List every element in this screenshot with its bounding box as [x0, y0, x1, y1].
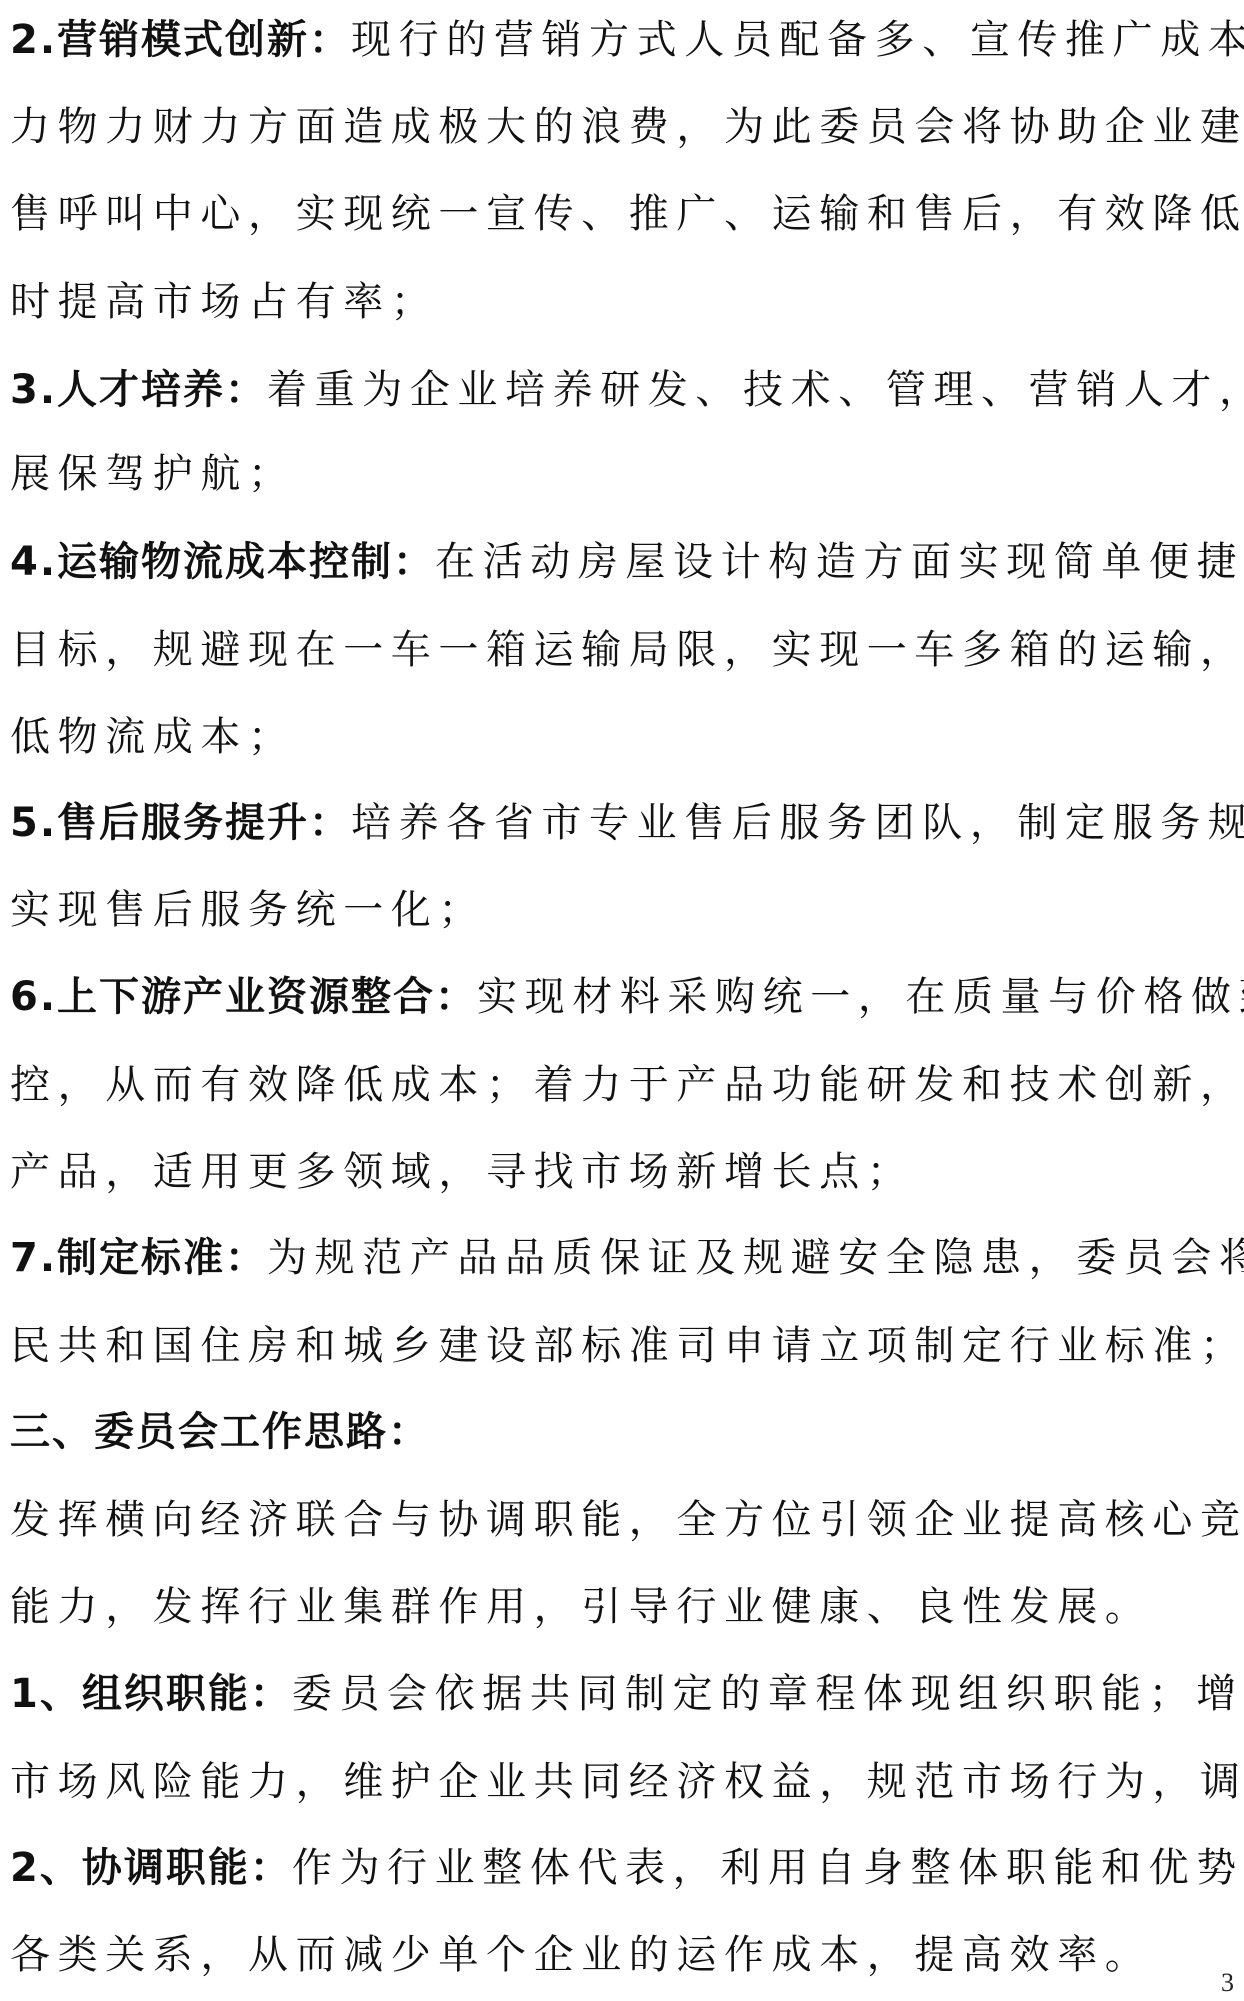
paragraph-line: 4.运输物流成本控制：在活动房屋设计构造方面实现简单便捷快速拼装 [10, 532, 1244, 592]
paragraph-text: 时提高市场占有率； [10, 279, 438, 325]
paragraph-text: 展保驾护航； [10, 451, 296, 497]
paragraph-text: 市场风险能力，维护企业共同经济权益，规范市场行为，调配市场资源。 [10, 1759, 1244, 1805]
paragraph-line: 产品，适用更多领域，寻找市场新增长点； [10, 1142, 914, 1202]
paragraph-line: 5.售后服务提升：培养各省市专业售后服务团队，制定服务规范和标准， [10, 793, 1244, 853]
paragraph-line: 能力，发挥行业集群作用，引导行业健康、良性发展。 [10, 1577, 1152, 1637]
item-heading: 7.制定标准： [10, 1235, 267, 1281]
page-number: 3 [1221, 1968, 1234, 1998]
paragraph-text: 民共和国住房和城乡建设部标准司申请立项制定行业标准； [10, 1323, 1244, 1369]
paragraph-line: 发挥横向经济联合与协调职能，全方位引领企业提高核心竞争力和联防 [10, 1490, 1244, 1550]
paragraph-line: 6.上下游产业资源整合：实现材料采购统一，在质量与价格做到有效管 [10, 967, 1244, 1027]
paragraph-text: 实现材料采购统一，在质量与价格做到有效管 [477, 974, 1244, 1020]
paragraph-line: 低物流成本； [10, 707, 296, 767]
item-heading: 2、协调职能： [10, 1845, 292, 1891]
paragraph-line: 民共和国住房和城乡建设部标准司申请立项制定行业标准； [10, 1316, 1244, 1376]
paragraph-line: 各类关系，从而减少单个企业的运作成本，提高效率。 [10, 1925, 1152, 1985]
item-heading: 2.营销模式创新： [10, 17, 351, 63]
paragraph-line: 2、协调职能：作为行业整体代表，利用自身整体职能和优势处理和协调 [10, 1838, 1244, 1898]
section-heading: 三、委员会工作思路： [10, 1402, 430, 1462]
item-heading: 4.运输物流成本控制： [10, 539, 435, 585]
paragraph-line: 目标，规避现在一车一箱运输局限，实现一车多箱的运输，从而有效降 [10, 620, 1244, 680]
paragraph-text: 为规范产品品质保证及规避安全隐患，委员会将向中华人 [267, 1235, 1244, 1281]
paragraph-text: 控，从而有效降低成本；着力于产品功能研发和技术创新，进一步改良 [10, 1062, 1244, 1108]
paragraph-line: 售呼叫中心，实现统一宣传、推广、运输和售后，有效降低营运成本同 [10, 184, 1244, 244]
paragraph-line: 展保驾护航； [10, 444, 296, 504]
paragraph-line: 3.人才培养：着重为企业培养研发、技术、管理、营销人才，为企业发 [10, 360, 1244, 420]
paragraph-line: 控，从而有效降低成本；着力于产品功能研发和技术创新，进一步改良 [10, 1055, 1244, 1115]
item-heading: 6.上下游产业资源整合： [10, 974, 477, 1020]
paragraph-text: 能力，发挥行业集群作用，引导行业健康、良性发展。 [10, 1584, 1152, 1630]
section-title: 三、委员会工作思路： [10, 1409, 430, 1455]
paragraph-text: 作为行业整体代表，利用自身整体职能和优势处理和协调 [292, 1845, 1244, 1891]
paragraph-text: 目标，规避现在一车一箱运输局限，实现一车多箱的运输，从而有效降 [10, 627, 1244, 673]
paragraph-text: 在活动房屋设计构造方面实现简单便捷快速拼装 [435, 539, 1244, 585]
paragraph-text: 着重为企业培养研发、技术、管理、营销人才，为企业发 [267, 367, 1244, 413]
item-heading: 1、组织职能： [10, 1671, 292, 1717]
paragraph-text: 实现售后服务统一化； [10, 887, 486, 933]
item-heading: 3.人才培养： [10, 367, 267, 413]
paragraph-line: 实现售后服务统一化； [10, 880, 486, 940]
paragraph-line: 力物力财力方面造成极大的浪费，为此委员会将协助企业建立统一的销 [10, 97, 1244, 157]
paragraph-text: 委员会依据共同制定的章程体现组织职能；增强企业抵御 [292, 1671, 1244, 1717]
paragraph-line: 7.制定标准：为规范产品品质保证及规避安全隐患，委员会将向中华人 [10, 1228, 1244, 1288]
paragraph-text: 各类关系，从而减少单个企业的运作成本，提高效率。 [10, 1932, 1152, 1978]
paragraph-text: 产品，适用更多领域，寻找市场新增长点； [10, 1149, 914, 1195]
paragraph-line: 市场风险能力，维护企业共同经济权益，规范市场行为，调配市场资源。 [10, 1752, 1244, 1812]
paragraph-text: 发挥横向经济联合与协调职能，全方位引领企业提高核心竞争力和联防 [10, 1497, 1244, 1543]
paragraph-text: 低物流成本； [10, 714, 296, 760]
paragraph-line: 时提高市场占有率； [10, 272, 438, 332]
item-heading: 5.售后服务提升： [10, 800, 351, 846]
paragraph-text: 售呼叫中心，实现统一宣传、推广、运输和售后，有效降低营运成本同 [10, 191, 1244, 237]
paragraph-text: 培养各省市专业售后服务团队，制定服务规范和标准， [351, 800, 1244, 846]
paragraph-line: 2.营销模式创新：现行的营销方式人员配备多、宣传推广成本高，在人 [10, 10, 1244, 70]
paragraph-line: 1、组织职能：委员会依据共同制定的章程体现组织职能；增强企业抵御 [10, 1664, 1244, 1724]
paragraph-text: 力物力财力方面造成极大的浪费，为此委员会将协助企业建立统一的销 [10, 104, 1244, 150]
paragraph-text: 现行的营销方式人员配备多、宣传推广成本高，在人 [351, 17, 1244, 63]
